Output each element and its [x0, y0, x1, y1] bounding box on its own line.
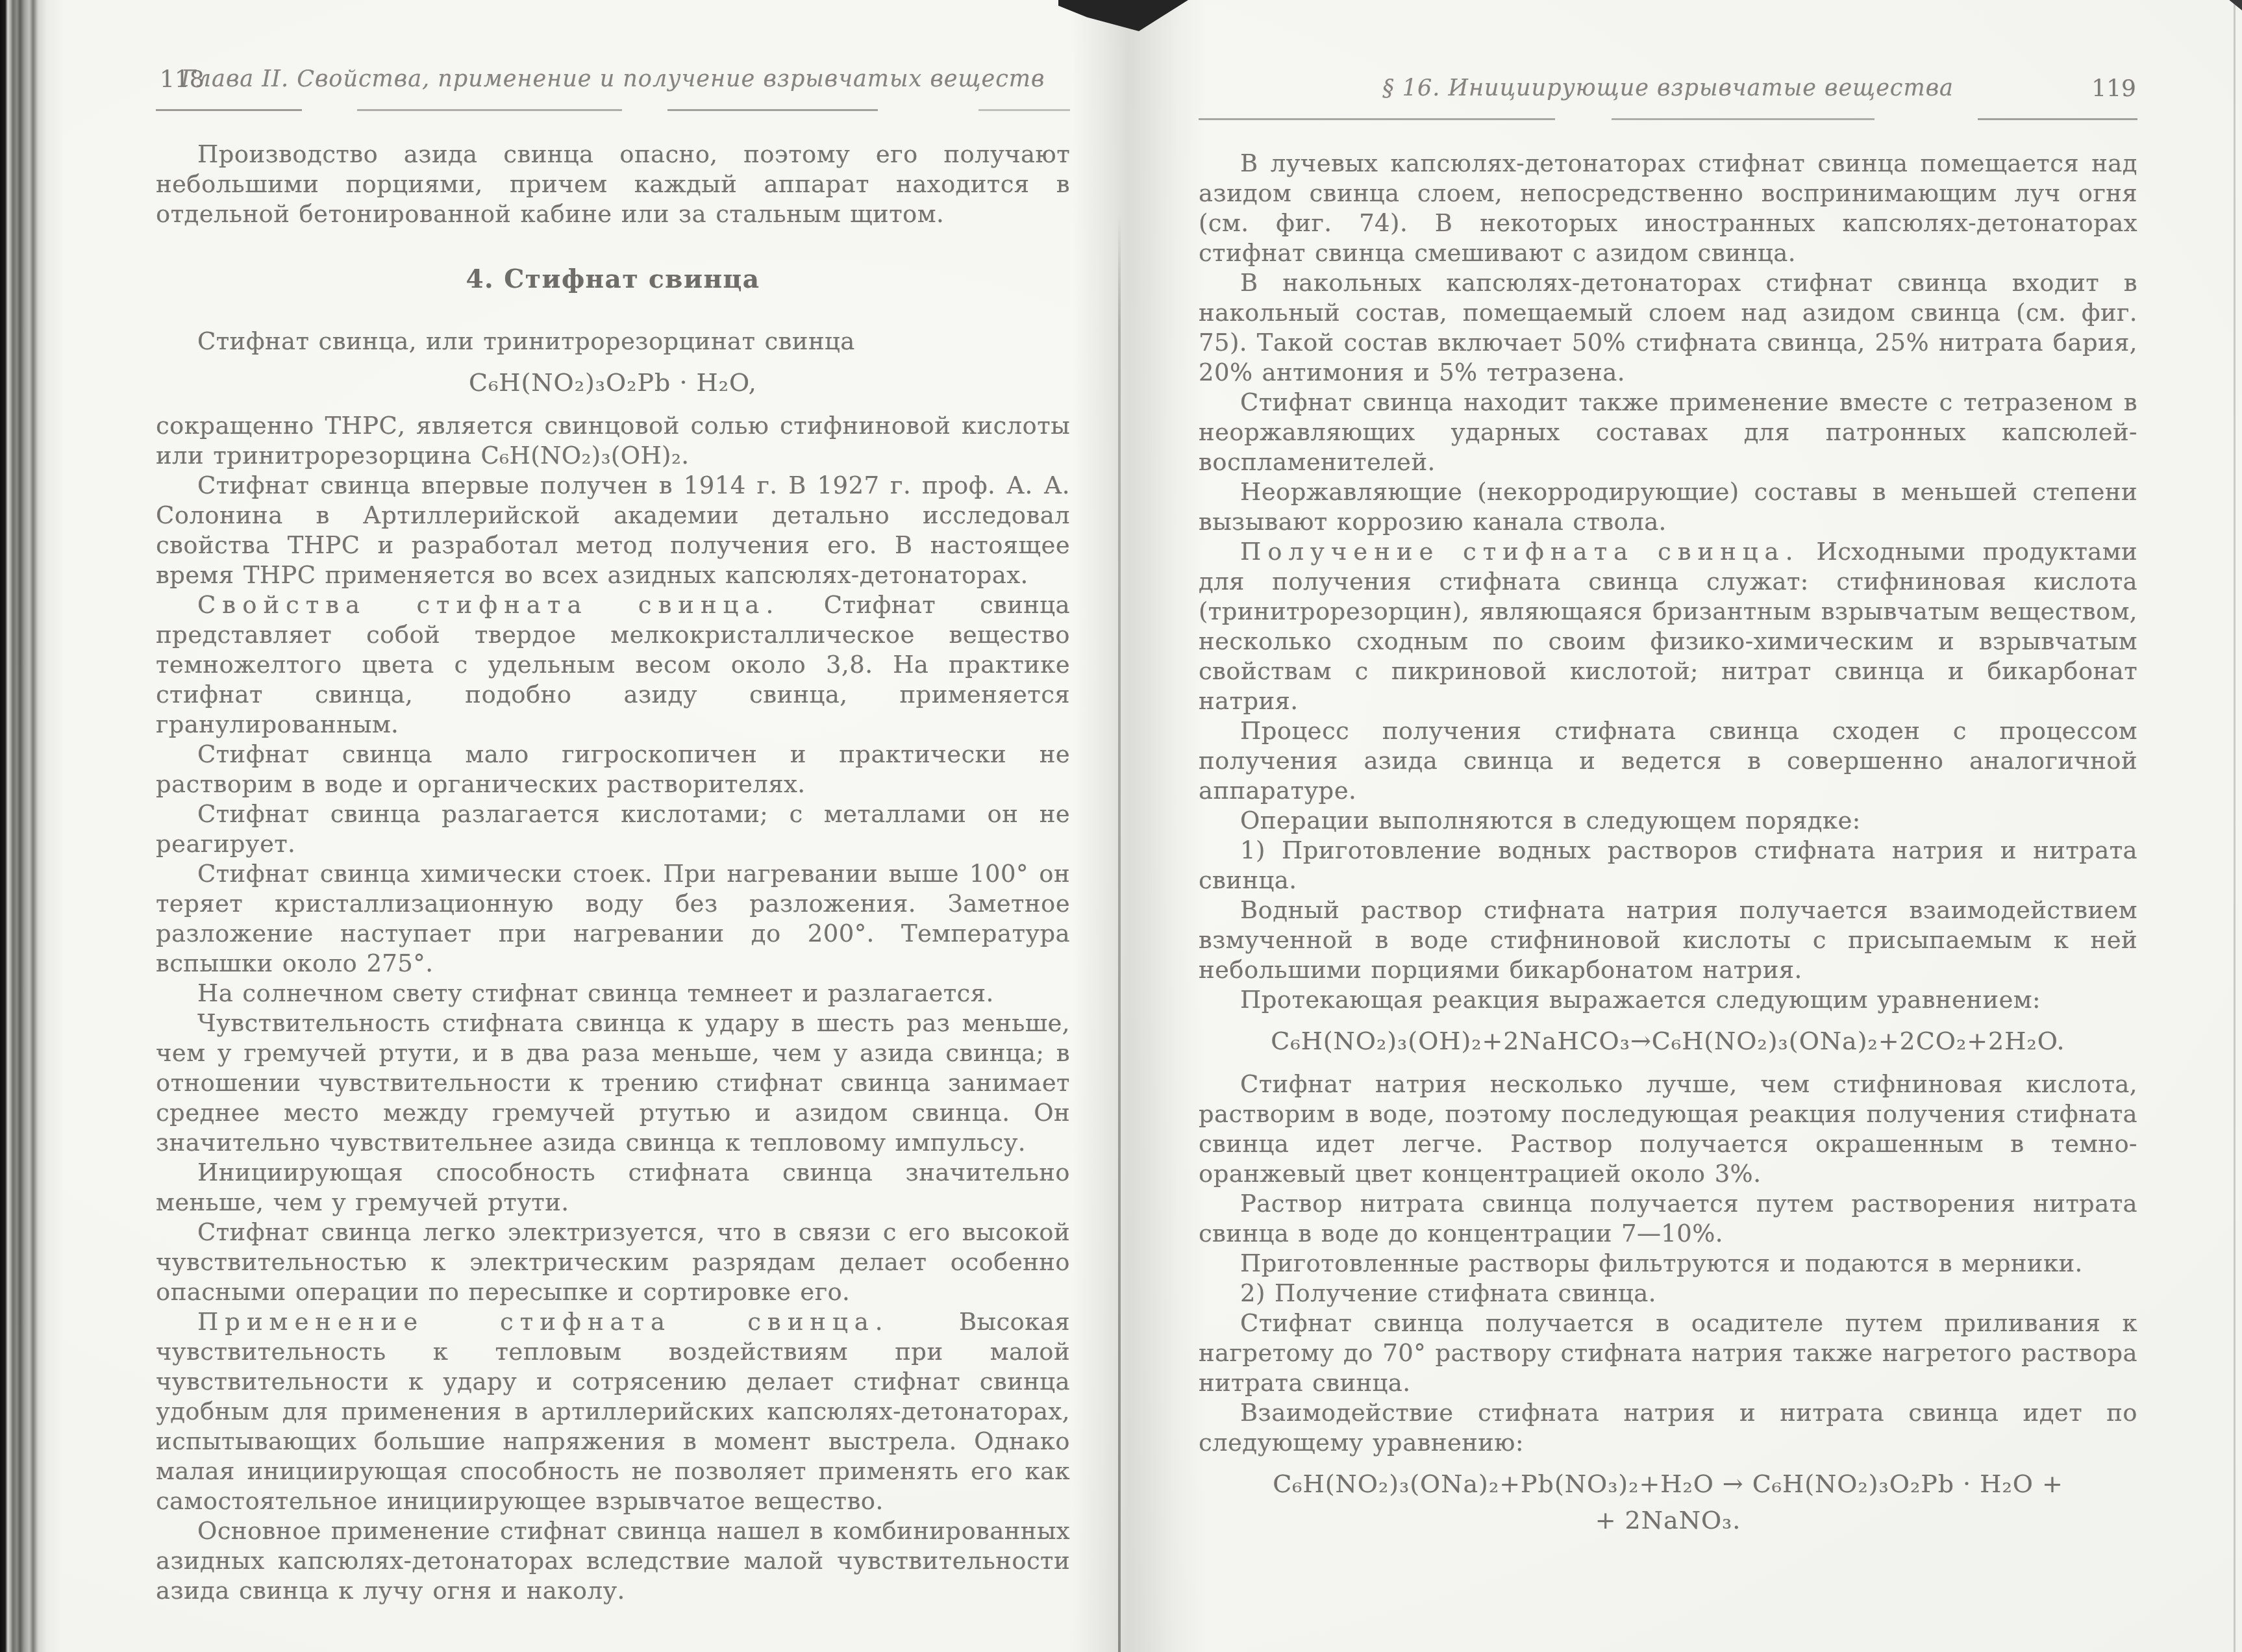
paragraph: Взаимодействие стифната натрия и нитрата…: [1199, 1398, 2137, 1458]
paragraph: Приготовленные растворы фильтруются и по…: [1199, 1249, 2137, 1279]
paragraph: Стифнат свинца получается в осадителе пу…: [1199, 1308, 2137, 1398]
left-running-head: 118 Глава II. Свойства, применение и пол…: [156, 66, 1070, 101]
left-page: 118 Глава II. Свойства, применение и пол…: [156, 66, 1070, 1606]
paragraph: Операции выполняются в следующем порядке…: [1199, 806, 2137, 836]
paragraph-text: Чувствительность стифната свинца к удару…: [156, 1009, 1070, 1157]
paragraph-text: 2) Получение стифната свинца.: [1240, 1279, 1656, 1307]
chemical-formula: C₆H(NO₂)₃O₂Pb · H₂O,: [156, 364, 1070, 401]
paragraph-text: Стифнат свинца находит также применение …: [1199, 388, 2137, 476]
book-scan-spread: 118 Глава II. Свойства, применение и пол…: [0, 0, 2242, 1652]
paragraph: 2) Получение стифната свинца.: [1199, 1279, 2137, 1308]
right-head-rule: [1199, 118, 2137, 120]
paragraph: Неоржавляющие (некорродирующие) составы …: [1199, 477, 2137, 537]
paragraph-text: сокращенно ТНРС, является свинцовой соль…: [156, 412, 1070, 469]
left-page-number: 118: [160, 66, 205, 93]
chemical-formula-line: + 2NaNO₃.: [1199, 1502, 2137, 1538]
paragraph-text: Стифнат свинца мало гигроскопичен и прак…: [156, 740, 1070, 798]
left-running-title: Глава II. Свойства, применение и получен…: [156, 66, 1070, 92]
paragraph: Получение стифната свинца. Исходными про…: [1199, 537, 2137, 716]
paragraph-text: Стифнат свинца разлагается кислотами; с …: [156, 800, 1070, 858]
right-running-title: § 16. Инициирующие взрывчатые вещества: [1199, 75, 2137, 101]
paragraph-text: Операции выполняются в следующем порядке…: [1240, 807, 1861, 834]
paragraph: Стифнат натрия несколько лучше, чем стиф…: [1199, 1070, 2137, 1189]
paragraph: Водный раствор стифната натрия получаетс…: [1199, 895, 2137, 985]
right-page-number: 119: [2091, 75, 2136, 102]
paragraph-text: Основное применение стифнат свинца нашел…: [156, 1517, 1070, 1605]
right-running-head: § 16. Инициирующие взрывчатые вещества 1…: [1199, 75, 2137, 110]
paragraph: Стифнат свинца впервые получен в 1914 г.…: [156, 471, 1070, 590]
paragraph-text: В накольных капсюлях-детонаторах стифнат…: [1199, 269, 2137, 386]
chemical-formula-line: C₆H(NO₂)₃(OH)₂+2NaHCO₃→C₆H(NO₂)₃(ONa)₂+2…: [1199, 1023, 2137, 1059]
left-head-rule: [156, 109, 1070, 111]
paragraph-text: Высокая чувствительность к тепловым возд…: [156, 1308, 1070, 1515]
chemical-formula: C₆H(NO₂)₃(ONa)₂+Pb(NO₃)₂+H₂O → C₆H(NO₂)₃…: [1199, 1466, 2137, 1538]
paragraph-text: Стифнат свинца химически стоек. При нагр…: [156, 860, 1070, 977]
paragraph: Стифнат свинца разлагается кислотами; с …: [156, 799, 1070, 859]
paragraph: На солнечном свету стифнат свинца темнее…: [156, 979, 1070, 1008]
paragraph-text: Водный раствор стифната натрия получаетс…: [1199, 896, 2137, 984]
paragraph-text: Приготовленные растворы фильтруются и по…: [1240, 1249, 2083, 1277]
page-gutter-shadow: [1073, 0, 1206, 1652]
paragraph-text: Инициирующая способность стифната свинца…: [156, 1158, 1070, 1216]
paragraph-text: Стифнат свинца получается в осадителе пу…: [1199, 1309, 2137, 1397]
paragraph: Инициирующая способность стифната свинца…: [156, 1158, 1070, 1218]
paragraph: сокращенно ТНРС, является свинцовой соль…: [156, 411, 1070, 471]
right-page-edge-line: [2234, 0, 2236, 1652]
paragraph: В лучевых капсюлях-детонаторах стифнат с…: [1199, 149, 2137, 268]
page-gutter-line: [1118, 214, 1121, 1652]
letterspaced-lead-in: Получение стифната свинца.: [1240, 538, 1799, 566]
paragraph: Основное применение стифнат свинца нашел…: [156, 1516, 1070, 1606]
book-binding-edge: [0, 0, 62, 1652]
paragraph-text: Неоржавляющие (некорродирующие) составы …: [1199, 478, 2137, 536]
paragraph-text: Стифнат натрия несколько лучше, чем стиф…: [1199, 1070, 2137, 1188]
paragraph-text: На солнечном свету стифнат свинца темнее…: [197, 979, 994, 1007]
paragraph-text: Стифнат свинца впервые получен в 1914 г.…: [156, 471, 1070, 589]
section-heading: 4. Стифнат свинца: [156, 264, 1070, 294]
paragraph: 1) Приготовление водных растворов стифна…: [1199, 836, 2137, 895]
paragraph: Стифнат свинца мало гигроскопичен и прак…: [156, 740, 1070, 799]
paragraph-text: В лучевых капсюлях-детонаторах стифнат с…: [1199, 149, 2137, 267]
paragraph: Раствор нитрата свинца получается путем …: [1199, 1189, 2137, 1249]
paragraph-text: Стифнат свинца, или тринитрорезорцинат с…: [197, 327, 855, 355]
letterspaced-lead-in: Свойства стифната свинца.: [197, 591, 780, 619]
right-page: § 16. Инициирующие взрывчатые вещества 1…: [1199, 75, 2137, 1549]
paragraph: Чувствительность стифната свинца к удару…: [156, 1008, 1070, 1158]
paragraph: Процесс получения стифната свинца сходен…: [1199, 716, 2137, 806]
paragraph: Применение стифната свинца. Высокая чувс…: [156, 1307, 1070, 1516]
paragraph-text: Протекающая реакция выражается следующим…: [1240, 986, 2041, 1014]
paragraph: Протекающая реакция выражается следующим…: [1199, 985, 2137, 1015]
paragraph-text: Раствор нитрата свинца получается путем …: [1199, 1190, 2137, 1247]
paragraph-text: Взаимодействие стифната натрия и нитрата…: [1199, 1399, 2137, 1457]
paragraph-text: Стифнат свинца легко электризуется, что …: [156, 1218, 1070, 1306]
paragraph: Производство азида свинца опасно, поэтом…: [156, 140, 1070, 229]
right-page-body: В лучевых капсюлях-детонаторах стифнат с…: [1199, 149, 2137, 1538]
paragraph: Стифнат свинца, или тринитрорезорцинат с…: [156, 327, 1070, 357]
paragraph: Стифнат свинца легко электризуется, что …: [156, 1218, 1070, 1307]
paragraph: Свойства стифната свинца. Стифнат свинца…: [156, 590, 1070, 740]
chemical-formula-line: C₆H(NO₂)₃O₂Pb · H₂O,: [156, 364, 1070, 401]
paragraph: Стифнат свинца находит также применение …: [1199, 388, 2137, 477]
paragraph-text: Производство азида свинца опасно, поэтом…: [156, 140, 1070, 228]
paragraph: В накольных капсюлях-детонаторах стифнат…: [1199, 268, 2137, 388]
chemical-formula: C₆H(NO₂)₃(OH)₂+2NaHCO₃→C₆H(NO₂)₃(ONa)₂+2…: [1199, 1023, 2137, 1059]
paragraph: Стифнат свинца химически стоек. При нагр…: [156, 859, 1070, 979]
paragraph-text: Процесс получения стифната свинца сходен…: [1199, 717, 2137, 805]
paragraph-text: 1) Приготовление водных растворов стифна…: [1199, 836, 2137, 894]
chemical-formula-line: C₆H(NO₂)₃(ONa)₂+Pb(NO₃)₂+H₂O → C₆H(NO₂)₃…: [1199, 1466, 2137, 1502]
letterspaced-lead-in: Применение стифната свинца.: [197, 1308, 890, 1336]
left-page-body: Производство азида свинца опасно, поэтом…: [156, 140, 1070, 1606]
